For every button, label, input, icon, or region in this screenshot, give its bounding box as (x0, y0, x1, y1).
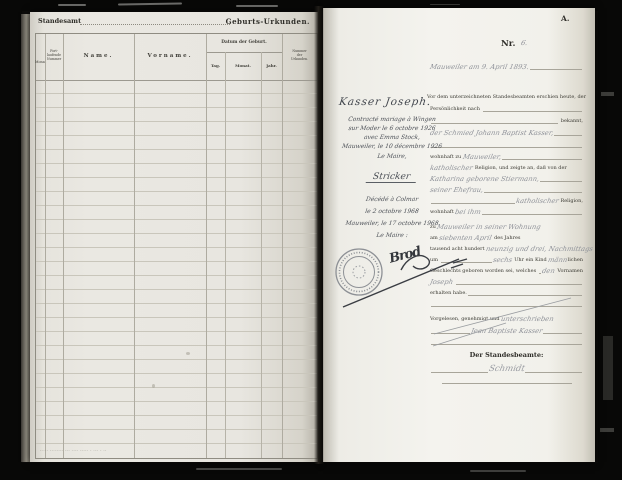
col-header-jahr: Jahr. (261, 63, 282, 68)
printed-text: Vorgelesen, genehmigt und (430, 316, 501, 323)
scan-artifact (601, 92, 614, 96)
blank-rule (502, 159, 582, 160)
empty-table-rows (36, 80, 317, 454)
pencil-mark (152, 384, 155, 388)
form-line: seiner Ehefrau, (430, 185, 583, 194)
handwriting: Mauweiler, (462, 153, 502, 161)
table-column-rule (225, 52, 226, 458)
birth-record-page: A. Nr. 6. Mauweiler am 9. April 1893.Vor… (323, 8, 595, 462)
marriage-note: avec Emma Stock, (331, 134, 454, 141)
form-line: tausend acht hundert neunzig und drei, N… (430, 244, 583, 253)
handwriting: Schmidt (488, 364, 526, 374)
handwriting: katholischer (515, 197, 562, 205)
form-line: erhalten habe. (430, 288, 583, 297)
blank-rule (441, 262, 492, 263)
blank-rule (456, 284, 582, 285)
blank-rule (431, 344, 582, 345)
scan-artifact (600, 428, 614, 432)
form-line: Schmidt (430, 365, 583, 374)
table-column-rule (134, 34, 135, 458)
geburts-urkunden-label: Geburts-Urkunden. (226, 17, 310, 26)
form-line: Geschlechts geboren worden sei, welches … (430, 266, 583, 275)
mayor-signature-handwriting: Stricker (330, 164, 455, 183)
handwriting: seiner Ehefrau, (429, 186, 484, 194)
left-page-edge (21, 14, 30, 462)
table-column-rule (63, 34, 64, 458)
blank-rule (442, 383, 572, 384)
printed-text: um (430, 257, 440, 264)
scan-artifact (236, 5, 278, 7)
printed-text: Geschlechts geboren worden sei, welches (430, 268, 538, 275)
printed-text: tausend acht hundert (430, 246, 486, 253)
printer-imprint: ----- -------- --- ---- ----- - --- - -- (40, 449, 107, 453)
form-letter-a: A. (561, 14, 569, 23)
printed-text: Religion, und zeigte an, daß von der (475, 165, 567, 172)
marriage-note: sur Moder le 6 octobre 1926 (331, 125, 454, 132)
register-scan: Standesamt Geburts-Urkunden. Monat Fort-… (0, 0, 622, 480)
col-header-vorname: Vorname. (134, 53, 206, 59)
blank-rule (431, 372, 488, 373)
death-note: le 2 octobre 1968 (331, 208, 454, 215)
printed-text: bekannt, (559, 118, 583, 125)
col-header-urkunden-nummer: Nummer der Urkunden. (282, 49, 317, 61)
form-line: Joseph (430, 277, 583, 286)
death-note: Décédé à Colmar (331, 196, 454, 203)
form-line (430, 299, 583, 308)
death-note: Le Maire : (331, 232, 454, 239)
handwriting: Jean Baptiste Kasser (470, 327, 543, 335)
form-line (430, 376, 583, 385)
table-column-rule (261, 52, 262, 458)
index-page: Standesamt Geburts-Urkunden. Monat Fort-… (30, 12, 318, 462)
blank-rule (431, 333, 470, 334)
marriage-note: Mauweiler, le 10 décembre 1926 (331, 143, 454, 150)
col-header-tag: Tag. (206, 63, 225, 68)
index-table: Monat Fort- laufende Nummer Name. Vornam… (35, 33, 318, 459)
scan-border-bottom (0, 463, 622, 480)
blank-rule (431, 147, 582, 148)
blank-rule (431, 203, 515, 204)
blank-rule (554, 135, 582, 136)
form-line: Katharina geborene Stiermann, (430, 174, 583, 183)
printed-text: lichen (568, 257, 583, 264)
col-header-name: Name. (63, 53, 134, 59)
form-line: Mauweiler am 9. April 1893. (430, 62, 583, 71)
form-line: Vorgelesen, genehmigt und unterschrieben (430, 314, 583, 323)
binding-gutter (314, 6, 324, 464)
col-header-datum-group: Datum der Geburt. (206, 40, 282, 45)
blank-rule (483, 111, 582, 112)
blank-rule (482, 214, 582, 215)
scan-artifact (470, 470, 526, 472)
standesamt-label: Standesamt (38, 17, 81, 25)
table-column-rule (282, 34, 283, 458)
blank-rule (530, 69, 582, 70)
mayor-signature-handwriting: Brod (388, 244, 422, 266)
date-group-divider (206, 52, 282, 53)
blank-rule (468, 295, 582, 296)
form-line: Jean Baptiste Kasser (430, 326, 583, 335)
form-line: Der Standesbeamte: (430, 350, 583, 359)
printed-text: Uhr ein Kind (514, 257, 548, 264)
handwriting: Mauweiler am 9. April 1893. (429, 63, 529, 71)
col-header-laufende-nummer: Fort- laufende Nummer (45, 49, 63, 61)
blank-rule (431, 306, 582, 307)
printed-text: erhalten habe. (430, 290, 467, 297)
margin-name-header: Kasser Joseph. (330, 96, 462, 108)
handwriting: Joseph (429, 278, 456, 286)
handwriting: bei ihm (455, 208, 482, 216)
handwriting: sechs (492, 256, 515, 264)
mayor-signature-handwriting: Stricker (366, 172, 417, 183)
nr-label: Nr. (501, 39, 515, 49)
scan-artifact (58, 4, 86, 6)
printed-text: des Jahres (494, 235, 520, 242)
marriage-note: Contracté mariage à Wingen (331, 116, 454, 123)
blank-rule (484, 192, 582, 193)
scan-artifact (196, 468, 282, 470)
table-column-rule (45, 34, 46, 458)
marriage-note: Le Maire, (331, 153, 454, 160)
blank-rule (540, 181, 582, 182)
handwriting: neunzig und drei, Nachmittags (485, 245, 594, 253)
blank-rule (431, 123, 558, 124)
printed-text: Vornamen (557, 268, 583, 275)
scan-artifact (603, 336, 613, 400)
scan-border-left (0, 0, 22, 480)
pencil-mark (186, 352, 190, 355)
printed-text: Der Standesbeamte: (470, 351, 544, 359)
handwriting: männ (547, 256, 568, 264)
printed-text: Religion, (560, 198, 583, 205)
form-line: um sechs Uhr ein Kind männlichen (430, 255, 583, 264)
handwriting: unterschrieben (500, 315, 554, 323)
handwriting: den (542, 267, 559, 275)
table-column-rule (206, 34, 207, 458)
scan-artifact (430, 4, 460, 5)
col-header-monat: Monat. (225, 63, 261, 68)
municipal-round-stamp (336, 249, 382, 295)
blank-rule (543, 333, 582, 334)
form-line (430, 337, 583, 346)
standesamt-blank-rule (80, 24, 230, 25)
blank-rule (525, 372, 582, 373)
nr-value-handwriting: 6. (520, 39, 528, 47)
death-note: Mauweiler, le 17 octobre 1968 (331, 220, 454, 227)
scan-border-right (598, 0, 622, 480)
